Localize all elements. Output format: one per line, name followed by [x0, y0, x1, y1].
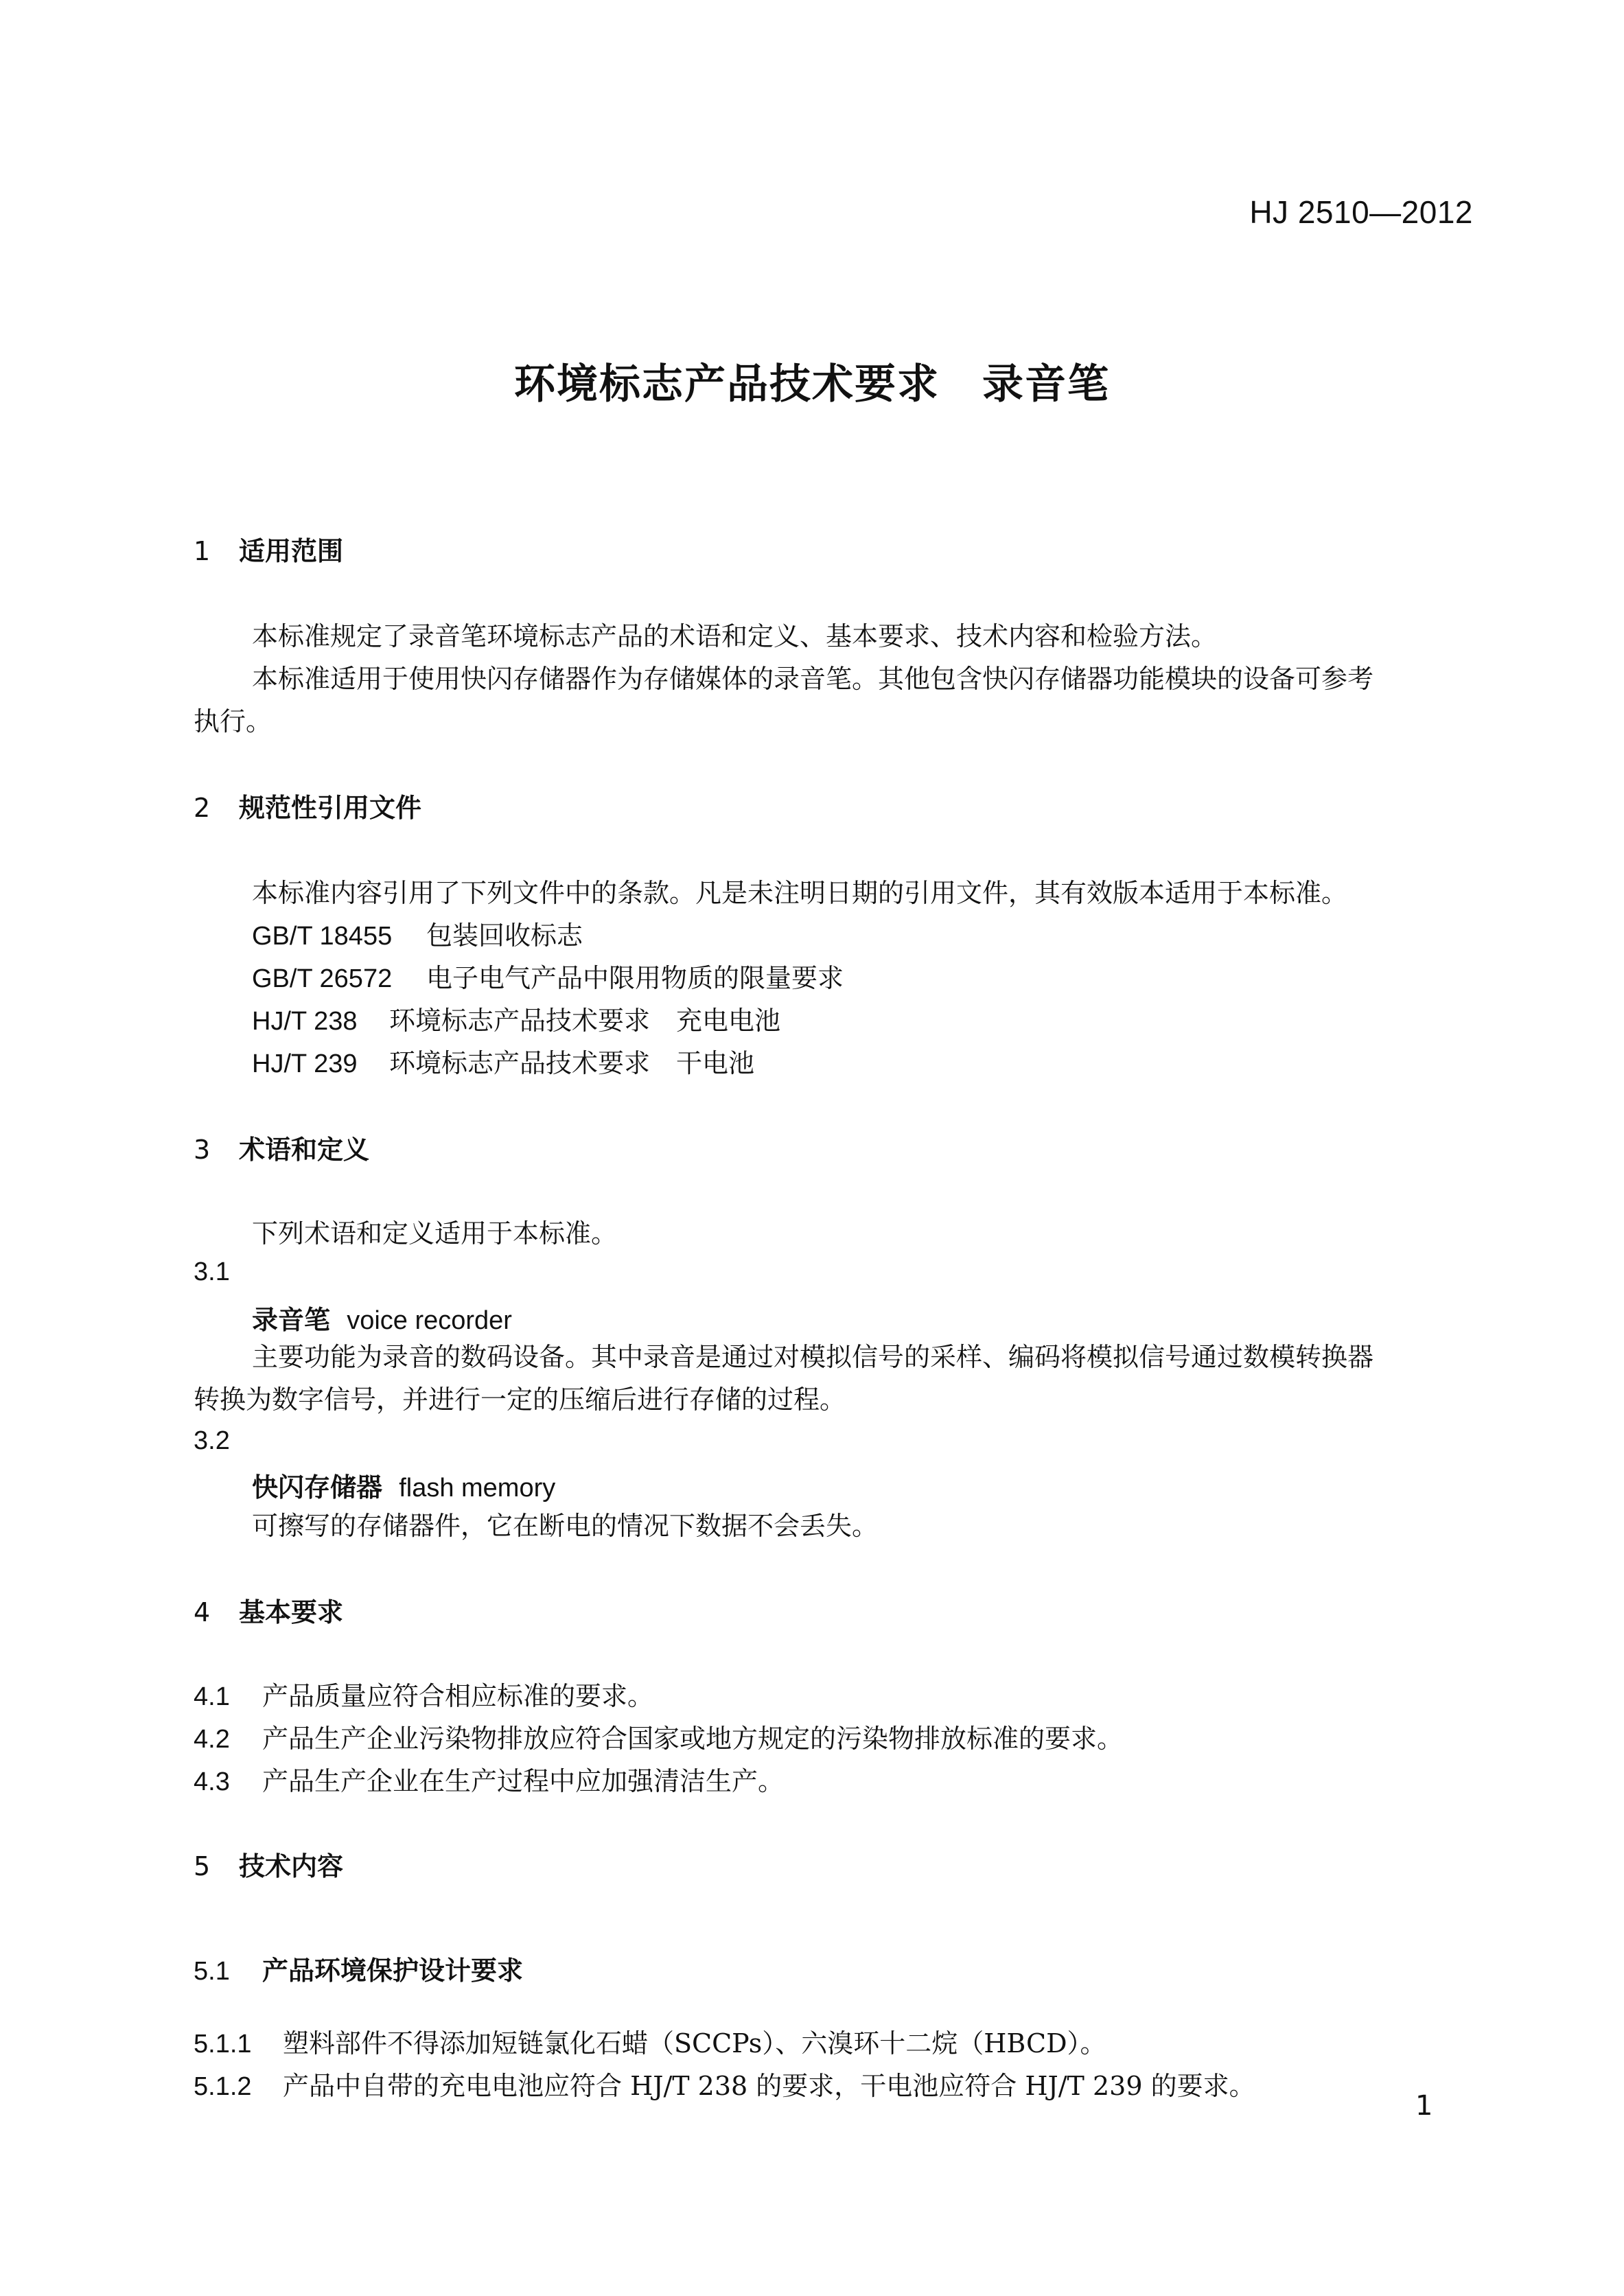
- section-1-paragraph-2-line-2: 执行。: [194, 700, 272, 743]
- section-3-intro: 下列术语和定义适用于本标准。: [252, 1212, 617, 1255]
- clause-text: 产品中自带的充电电池应符合 HJ/T 238 的要求，干电池应符合 HJ/T 2…: [283, 2071, 1255, 2101]
- term-name-zh: 快闪存储器: [252, 1472, 382, 1503]
- section-1-paragraph-2-line-1: 本标准适用于使用快闪存储器作为存储媒体的录音笔。其他包含快闪存储器功能模块的设备…: [252, 658, 1373, 700]
- reference-item: HJ/T 238环境标志产品技术要求 充电电池: [252, 999, 780, 1043]
- term-name-en: voice recorder: [347, 1306, 512, 1335]
- clause-number: 5.1.2: [194, 2072, 283, 2102]
- standard-number: HJ 2510—2012: [1249, 194, 1473, 231]
- reference-title: 环境标志产品技术要求 干电池: [389, 1048, 754, 1078]
- section-5-heading: 5技术内容: [194, 1845, 343, 1883]
- reference-item: HJ/T 239环境标志产品技术要求 干电池: [252, 1042, 754, 1085]
- reference-title: 电子电气产品中限用物质的限量要求: [426, 963, 844, 993]
- page-number: 1: [1415, 2090, 1432, 2122]
- section-3-heading: 3术语和定义: [194, 1128, 369, 1166]
- section-title: 技术内容: [239, 1851, 343, 1881]
- reference-code: GB/T 26572: [252, 958, 426, 1000]
- clause-text: 塑料部件不得添加短链氯化石蜡（SCCPs）、六溴环十二烷（HBCD）。: [283, 2028, 1106, 2059]
- clause-text: 产品生产企业污染物排放应符合国家或地方规定的污染物排放标准的要求。: [262, 1724, 1123, 1754]
- term-number: 3.1: [194, 1257, 230, 1287]
- subsection-number: 5.1: [194, 1957, 262, 1986]
- term-number: 3.2: [194, 1426, 230, 1456]
- term-definition-line-1: 可擦写的存储器件，它在断电的情况下数据不会丢失。: [252, 1505, 878, 1547]
- clause-item: 4.1产品质量应符合相应标准的要求。: [194, 1675, 653, 1713]
- term-definition-line-2: 转换为数字信号，并进行一定的压缩后进行存储的过程。: [194, 1378, 846, 1421]
- subsection-5-1-heading: 5.1产品环境保护设计要求: [194, 1949, 523, 1987]
- section-title: 适用范围: [239, 536, 343, 566]
- reference-code: GB/T 18455: [252, 915, 426, 958]
- clause-number: 4.2: [194, 1725, 262, 1754]
- clause-number: 5.1.1: [194, 2030, 283, 2059]
- term-name: 快闪存储器 flash memory: [252, 1466, 555, 1504]
- clause-item: 4.3产品生产企业在生产过程中应加强清洁生产。: [194, 1760, 784, 1798]
- reference-code: HJ/T 238: [252, 1000, 389, 1043]
- section-2-intro: 本标准内容引用了下列文件中的条款。凡是未注明日期的引用文件，其有效版本适用于本标…: [252, 872, 1347, 914]
- section-number: 4: [194, 1597, 239, 1627]
- clause-text: 产品生产企业在生产过程中应加强清洁生产。: [262, 1766, 784, 1796]
- reference-item: GB/T 18455包装回收标志: [252, 914, 583, 958]
- clause-number: 4.3: [194, 1767, 262, 1797]
- clause-item: 5.1.1塑料部件不得添加短链氯化石蜡（SCCPs）、六溴环十二烷（HBCD）。: [194, 2022, 1106, 2060]
- clause-item: 4.2产品生产企业污染物排放应符合国家或地方规定的污染物排放标准的要求。: [194, 1717, 1123, 1755]
- document-title: 环境标志产品技术要求 录音笔: [0, 351, 1624, 410]
- clause-number: 4.1: [194, 1682, 262, 1712]
- section-title: 术语和定义: [239, 1135, 369, 1165]
- section-number: 5: [194, 1851, 239, 1881]
- term-name-zh: 录音笔: [252, 1305, 330, 1335]
- section-2-heading: 2规范性引用文件: [194, 787, 421, 824]
- clause-item: 5.1.2产品中自带的充电电池应符合 HJ/T 238 的要求，干电池应符合 H…: [194, 2065, 1255, 2102]
- term-definition-line-1: 主要功能为录音的数码设备。其中录音是通过对模拟信号的采样、编码将模拟信号通过数模…: [252, 1336, 1373, 1378]
- reference-title: 包装回收标志: [426, 920, 583, 951]
- section-title: 基本要求: [239, 1597, 343, 1627]
- clause-text: 产品质量应符合相应标准的要求。: [262, 1681, 653, 1711]
- section-title: 规范性引用文件: [239, 793, 421, 823]
- section-number: 2: [194, 793, 239, 823]
- reference-title: 环境标志产品技术要求 充电电池: [389, 1006, 780, 1036]
- reference-item: GB/T 26572电子电气产品中限用物质的限量要求: [252, 957, 844, 1000]
- section-1-paragraph-1: 本标准规定了录音笔环境标志产品的术语和定义、基本要求、技术内容和检验方法。: [252, 615, 1217, 658]
- subsection-title: 产品环境保护设计要求: [262, 1956, 523, 1986]
- term-name: 录音笔 voice recorder: [252, 1299, 512, 1336]
- term-name-en: flash memory: [399, 1474, 555, 1503]
- reference-code: HJ/T 239: [252, 1043, 389, 1085]
- section-number: 1: [194, 536, 239, 566]
- section-4-heading: 4基本要求: [194, 1591, 343, 1629]
- section-number: 3: [194, 1135, 239, 1165]
- section-1-heading: 1适用范围: [194, 530, 343, 568]
